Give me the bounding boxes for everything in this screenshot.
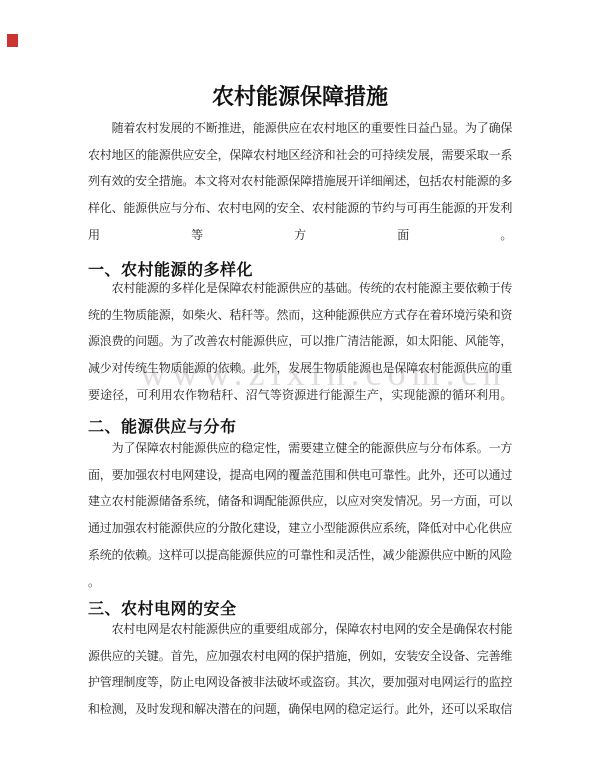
page-title: 农村能源保障措施 [0,82,600,112]
document-page: www.zixin.com.cn 农村能源保障措施 随着农村发展的不断推进，能源… [0,0,600,776]
intro-paragraph: 随着农村发展的不断推进，能源供应在农村地区的重要性日益凸显。为了确保 农村地区的… [88,115,512,249]
section-paragraph-3: 农村电网是农村能源供应的重要组成部分，保障农村电网的安全是确保农村能 源供应的关… [88,616,512,723]
red-corner-marker [7,34,18,47]
section-paragraph-2: 为了保障农村能源供应的稳定性，需要建立健全的能源供应与分布体系。一方 面，要加强… [88,435,512,595]
section-paragraph-1: 农村能源的多样化是保障农村能源供应的基础。传统的农村能源主要依赖于传 统的生物质… [88,275,512,409]
